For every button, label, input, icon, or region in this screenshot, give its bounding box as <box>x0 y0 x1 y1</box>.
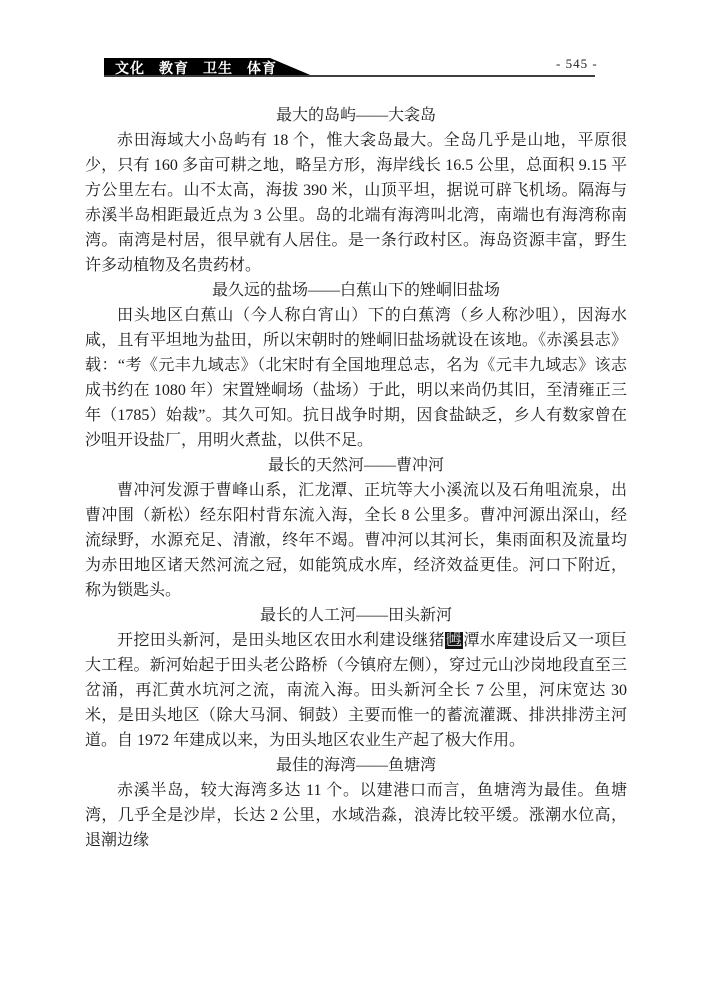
section-heading: 最大的岛屿——大衾岛 <box>85 103 627 128</box>
section-best-bay: 最佳的海湾——鱼塘湾 赤溪半岛，较大海湾多达 11 个。以建港口而言，鱼塘湾为最… <box>85 753 627 853</box>
section-oldest-saltfield: 最久远的盐场——白蕉山下的矬峒旧盐场 田头地区白蕉山（今人称白宵山）下的白蕉湾（… <box>85 278 627 453</box>
section-heading: 最佳的海湾——鱼塘湾 <box>85 753 627 778</box>
category-label-education: 教育 <box>159 61 189 75</box>
section-heading: 最久远的盐场——白蕉山下的矬峒旧盐场 <box>85 278 627 303</box>
page-content: 最大的岛屿——大衾岛 赤田海域大小岛屿有 18 个，惟大衾岛最大。全岛几乎是山地… <box>85 103 627 853</box>
category-label-culture: 文化 <box>115 61 145 75</box>
section-paragraph: 开挖田头新河，是田头地区农田水利建设继猪乸潭水库建设后又一项巨大工程。新河始起于… <box>85 628 627 753</box>
section-largest-island: 最大的岛屿——大衾岛 赤田海域大小岛屿有 18 个，惟大衾岛最大。全岛几乎是山地… <box>85 103 627 278</box>
section-longest-manmade-river: 最长的人工河——田头新河 开挖田头新河，是田头地区农田水利建设继猪乸潭水库建设后… <box>85 603 627 753</box>
section-paragraph: 赤田海域大小岛屿有 18 个，惟大衾岛最大。全岛几乎是山地，平原很少，只有 16… <box>85 128 627 278</box>
paragraph-text-after-smudge: 潭水库建设后又一项巨大工程。新河始起于田头老公路桥（今镇府左侧），穿过元山沙岗地… <box>85 632 627 749</box>
category-label-sports: 体育 <box>247 61 277 75</box>
header-rule <box>104 75 595 77</box>
section-longest-natural-river: 最长的天然河——曹冲河 曹冲河发源于曹峰山系，汇龙潭、正坑等大小溪流以及石角咀流… <box>85 453 627 603</box>
section-paragraph: 曹冲河发源于曹峰山系，汇龙潭、正坑等大小溪流以及石角咀流泉，出曹冲围（新松）经东… <box>85 478 627 603</box>
page-number: - 545 - <box>556 56 598 72</box>
section-paragraph: 田头地区白蕉山（今人称白宵山）下的白蕉湾（乡人称沙咀），因海水咸，且有平坦地为盐… <box>85 303 627 453</box>
section-heading: 最长的人工河——田头新河 <box>85 603 627 628</box>
section-heading: 最长的天然河——曹冲河 <box>85 453 627 478</box>
book-page: 文化 教育 卫生 体育 - 545 - 最大的岛屿——大衾岛 赤田海域大小岛屿有… <box>0 0 707 1000</box>
section-paragraph: 赤溪半岛，较大海湾多达 11 个。以建港口而言，鱼塘湾为最佳。鱼塘湾，几乎全是沙… <box>85 778 627 853</box>
smudged-character: 乸 <box>445 632 463 649</box>
category-label-health: 卫生 <box>203 61 233 75</box>
paragraph-text-before-smudge: 开挖田头新河，是田头地区农田水利建设继猪 <box>117 632 445 649</box>
